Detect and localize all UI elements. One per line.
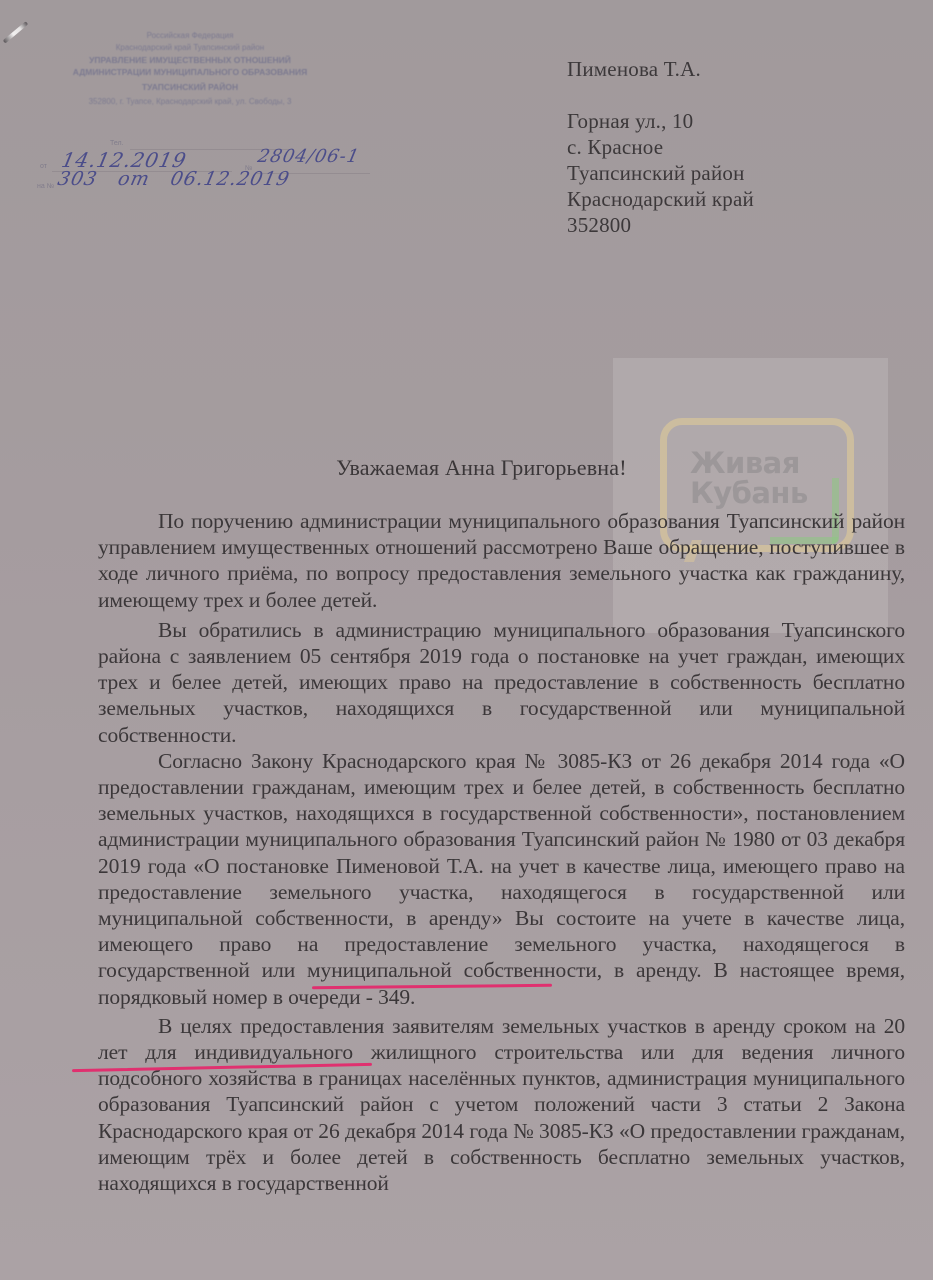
paragraph-3: Согласно Закону Краснодарского края № 30… — [98, 748, 905, 1010]
address-line: Краснодарский край — [567, 186, 754, 212]
registration-number: 2804/06-1 — [256, 146, 362, 167]
address-line: Горная ул., 10 — [567, 108, 754, 134]
watermark-line2: Кубань — [690, 478, 808, 508]
address-line: Туапсинский район — [567, 160, 754, 186]
reply-reference: 303 от 06.12.2019 — [56, 168, 292, 190]
paragraph-1: По поручению администрации муниципальног… — [98, 508, 905, 613]
letterhead-line: Краснодарский край Туапсинский район — [30, 42, 350, 54]
staple-icon — [3, 21, 29, 43]
letterhead-line: Российская Федерация — [30, 30, 350, 42]
address-line: 352800 — [567, 212, 754, 238]
greeting: Уважаемая Анна Григорьевна! — [0, 455, 933, 481]
paragraph-2: Вы обратились в администрацию муниципаль… — [98, 617, 905, 748]
letterhead-line: ТУАПСИНСКИЙ РАЙОН — [30, 81, 350, 93]
addressee-block: Пименова Т.А. Горная ул., 10 с. Красное … — [567, 56, 754, 238]
letterhead-line: 352800, г. Туапсе, Краснодарский край, у… — [30, 96, 350, 108]
letterhead-stamp: Российская Федерация Краснодарский край … — [30, 30, 350, 108]
tel-label: Тел. — [110, 140, 124, 147]
reply-label: на № — [37, 183, 54, 190]
letter-body: По поручению администрации муниципальног… — [98, 508, 905, 1196]
registration-block: Тел. от 14.12.2019 № 2804/06-1 на № 303 … — [40, 140, 370, 200]
date-label: от — [40, 163, 47, 170]
letterhead-line: АДМИНИСТРАЦИИ МУНИЦИПАЛЬНОГО ОБРАЗОВАНИЯ — [30, 66, 350, 78]
letterhead-line: УПРАВЛЕНИЕ ИМУЩЕСТВЕННЫХ ОТНОШЕНИЙ — [30, 54, 350, 66]
paragraph-4: В целях предоставления заявителям земель… — [98, 1013, 905, 1196]
addressee-name: Пименова Т.А. — [567, 56, 754, 82]
highlight-registered: Вы состоите на учете — [515, 906, 732, 930]
paragraph-3-text: Согласно Закону Краснодарского края № 30… — [98, 749, 905, 930]
address-line: с. Красное — [567, 134, 754, 160]
